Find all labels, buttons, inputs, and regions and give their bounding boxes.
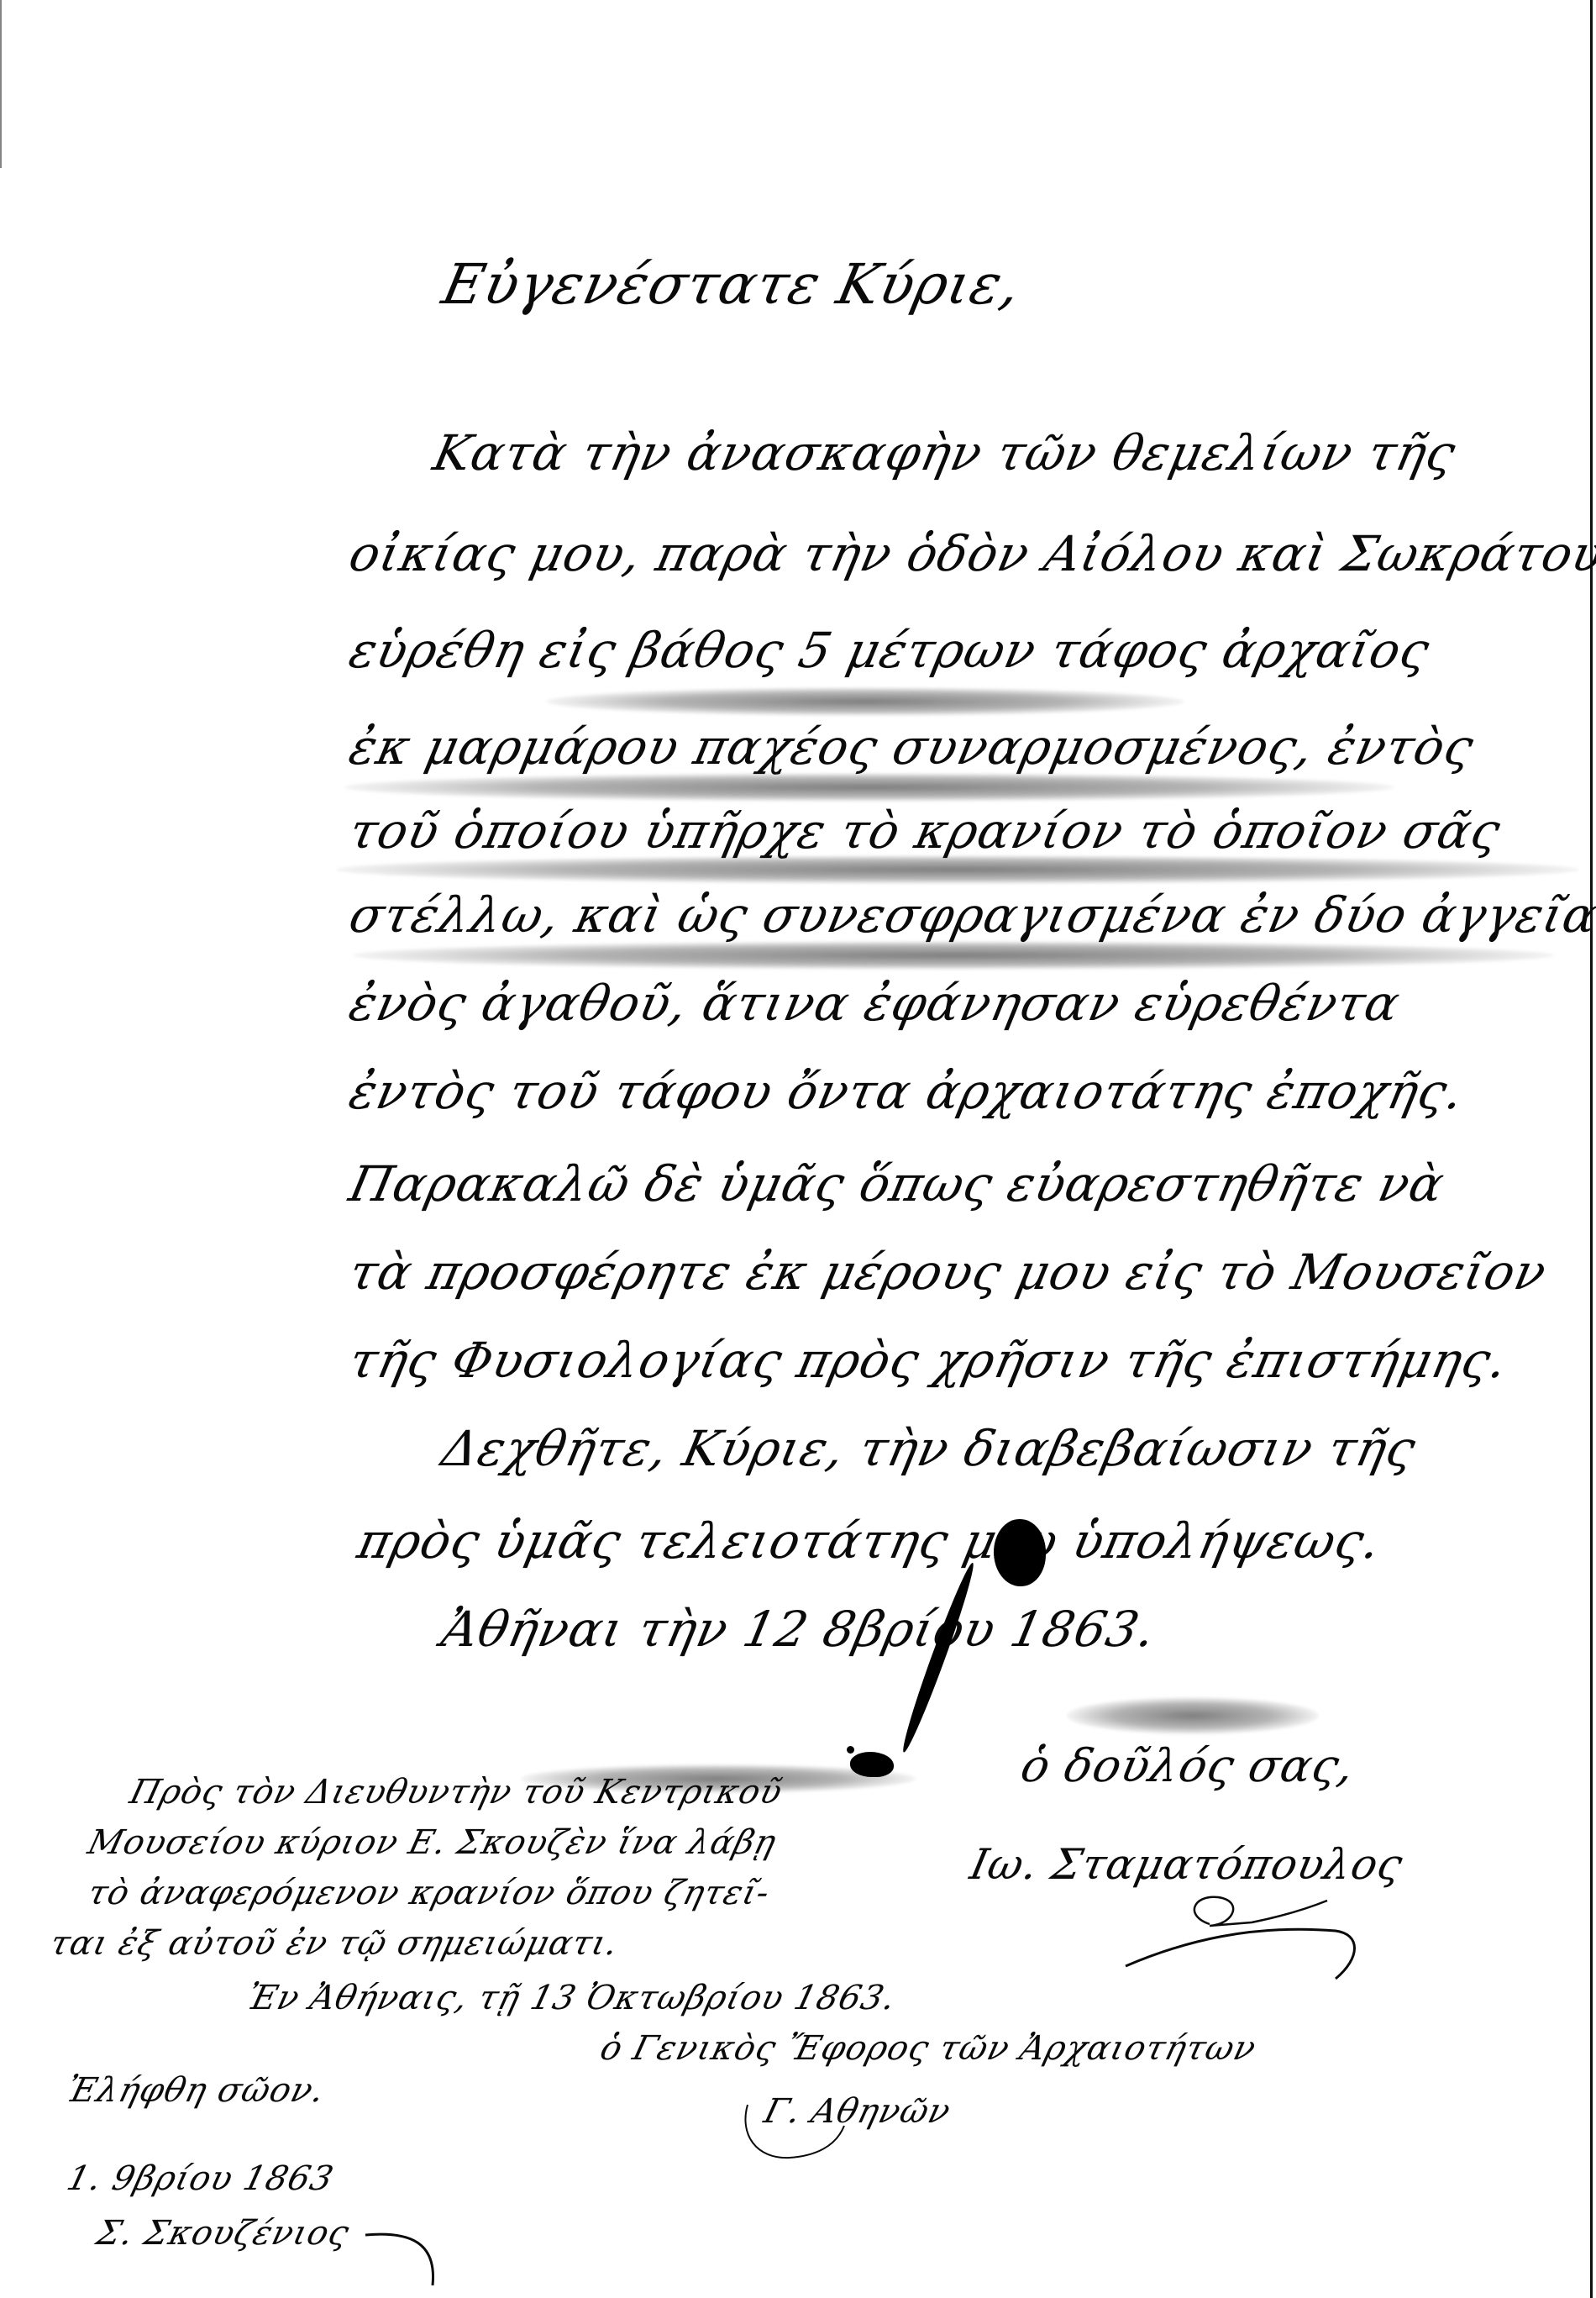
salutation: Εὐγενέστατε Κύριε,	[437, 252, 1027, 317]
body-line: εὑρέθη εἰς βάθος 5 μέτρων τάφος ἀρχαῖος	[344, 622, 1435, 679]
annotation-date: Ἐν Ἀθήναις, τῇ 13 Ὀκτωβρίου 1863.	[244, 1979, 900, 2017]
smudge-mark	[344, 773, 1394, 802]
annotation-line: τὸ ἀναφερόμενον κρανίον ὅπου ζητεῖ-	[84, 1874, 774, 1912]
body-line: ἐκ μαρμάρου παχέος συναρμοσμένος, ἐντὸς	[344, 718, 1479, 776]
body-line: Παρακαλῶ δὲ ὑμᾶς ὅπως εὐαρεστηθῆτε νὰ	[344, 1155, 1450, 1212]
smudge-mark	[336, 855, 1579, 884]
body-line: στέλλω, καὶ ὡς συνεσφραγισμένα ἐν δύο ἀγ…	[344, 886, 1596, 944]
letter-page: Εὐγενέστατε Κύριε, Κατὰ τὴν ἀνασκαφὴν τῶ…	[0, 0, 1596, 2298]
page-edge-border	[1590, 0, 1593, 2298]
annotation-signoff: ὁ Γενικὸς Ἔφορος τῶν Ἀρχαιοτήτων	[596, 2029, 1260, 2068]
body-line: ἐνὸς ἀγαθοῦ, ἅτινα ἐφάνησαν εὑρεθέντα	[344, 975, 1405, 1032]
annotation-line: ται ἐξ αὐτοῦ ἐν τῷ σημειώματι.	[46, 1924, 622, 1963]
ink-blot-splash	[850, 1752, 894, 1777]
receipt-signature-flourish	[361, 2227, 445, 2294]
annotation-line: Μουσείου κύριον Ε. Σκουζὲν ἵνα λάβῃ	[84, 1823, 780, 1862]
receipt-line: Ἐλήφθη σῶον.	[63, 2071, 329, 2110]
body-line: ἐντὸς τοῦ τάφου ὄντα ἀρχαιοτάτης ἐποχῆς.	[344, 1063, 1469, 1120]
smudge-mark	[546, 687, 1184, 716]
body-line: Κατὰ τὴν ἀνασκαφὴν τῶν θεμελίων τῆς	[428, 424, 1461, 481]
ink-blot	[994, 1519, 1046, 1586]
body-line: πρὸς ὑμᾶς τελειοτάτης μου ὑπολήψεως.	[353, 1512, 1386, 1570]
page-edge-border-left	[0, 0, 2, 168]
body-line: τὰ προσφέρητε ἐκ μέρους μου εἰς τὸ Μουσε…	[344, 1244, 1551, 1301]
smudge-mark	[353, 941, 1554, 970]
annotation-signature-loop	[739, 2101, 857, 2168]
receipt-signature: Σ. Σκουζένιος	[92, 2214, 354, 2253]
closing: ὁ δοῦλός σας,	[1016, 1739, 1360, 1792]
smudge-mark	[1067, 1697, 1319, 1734]
body-line: οἰκίας μου, παρὰ τὴν ὁδὸν Αἰόλου καὶ Σωκ…	[344, 525, 1596, 582]
receipt-date: 1. 9βρίου 1863	[63, 2159, 338, 2198]
annotation-line: Πρὸς τὸν Διευθυντὴν τοῦ Κεντρικοῦ	[126, 1773, 786, 1812]
body-line: τοῦ ὁποίου ὑπῆρχε τὸ κρανίον τὸ ὁποῖον σ…	[344, 802, 1506, 860]
letter-date: Ἀθῆναι τὴν 12 8βρίου 1863.	[437, 1601, 1161, 1658]
signature-flourish	[1117, 1890, 1369, 1983]
body-line: τῆς Φυσιολογίας πρὸς χρῆσιν τῆς ἐπιστήμη…	[344, 1332, 1513, 1389]
body-line: Δεχθῆτε, Κύριε, τὴν διαβεβαίωσιν τῆς	[437, 1420, 1421, 1477]
ink-blot-droplet	[847, 1746, 854, 1754]
signature: Ιω. Σταματόπουλος	[966, 1840, 1408, 1889]
